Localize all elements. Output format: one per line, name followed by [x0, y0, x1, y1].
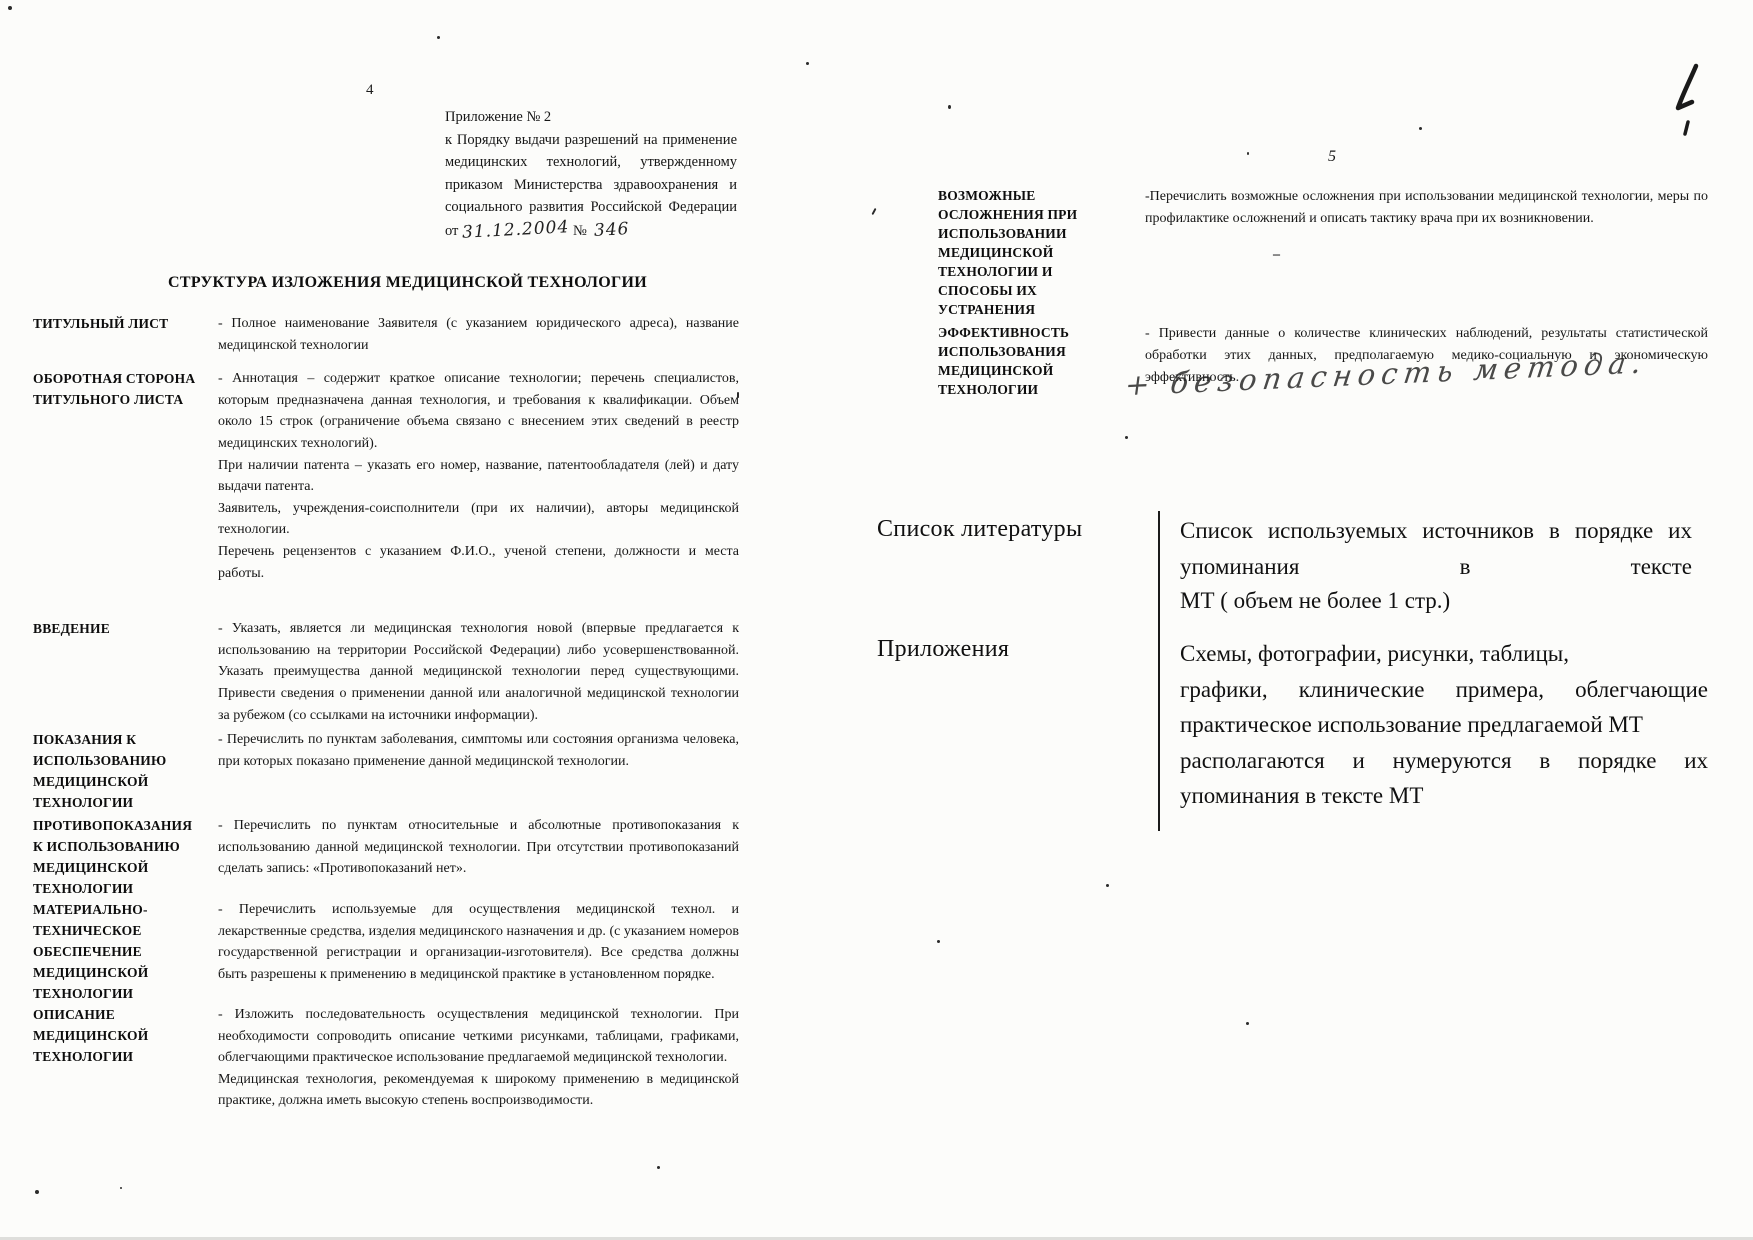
- number-sign: №: [573, 223, 587, 239]
- section-label: ПОКАЗАНИЯ К ИСПОЛЬЗОВАНИЮ МЕДИЦИНСКОЙ ТЕ…: [33, 729, 218, 813]
- appendices-label: Приложения: [877, 636, 1157, 663]
- scan-speck: [657, 1166, 660, 1169]
- appendices-text: Схемы, фотографии, рисунки, таблицы, гра…: [1180, 636, 1708, 814]
- section-label: ВОЗМОЖНЫЕ ОСЛОЖНЕНИЯ ПРИ ИСПОЛЬЗОВАНИИ М…: [938, 186, 1145, 319]
- references-label: Список литературы: [877, 516, 1157, 543]
- section-label: ТИТУЛЬНЫЙ ЛИСТ: [33, 313, 218, 334]
- scan-speck: [437, 36, 440, 39]
- handwritten-order-number: 346: [594, 218, 631, 242]
- dash-mark: –: [1273, 244, 1753, 266]
- section-label: ЭФФЕКТИВНОСТЬ ИСПОЛЬЗОВАНИЯ МЕДИЦИНСКОЙ …: [938, 323, 1145, 399]
- pen-mark-icon: [1652, 58, 1722, 148]
- section-text: - Указать, является ли медицинская техно…: [218, 618, 739, 726]
- section-label: ОПИСАНИЕ МЕДИЦИНСКОЙ ТЕХНОЛОГИИ: [33, 1004, 218, 1067]
- header-order-text: к Порядку выдачи разрешений на применени…: [445, 129, 737, 243]
- scan-speck: [1106, 884, 1109, 887]
- scan-speck: [948, 105, 951, 109]
- section-text: - Перечислить используемые для осуществл…: [218, 899, 739, 985]
- structure-table: ТИТУЛЬНЫЙ ЛИСТ - Полное наименование Зая…: [33, 313, 741, 1112]
- page-number-right: 5: [1328, 148, 1336, 166]
- scan-speck: [1247, 152, 1249, 155]
- scan-speck: [737, 392, 739, 398]
- section-text: - Изложить последовательность осуществле…: [218, 1004, 739, 1112]
- page-number-left: 4: [366, 82, 374, 99]
- section-label: ОБОРОТНАЯ СТОРОНА ТИТУЛЬНОГО ЛИСТА: [33, 368, 218, 410]
- section-row: ОБОРОТНАЯ СТОРОНА ТИТУЛЬНОГО ЛИСТА - Анн…: [33, 368, 741, 584]
- section-row: ВВЕДЕНИЕ - Указать, является ли медицинс…: [33, 618, 741, 726]
- scanned-document: { "page4": { "page_number": "4", "header…: [0, 0, 1753, 1240]
- references-text-last-line: МТ ( объем не более 1 стр.): [1180, 583, 1692, 619]
- scan-speck: [871, 208, 876, 215]
- section-row: ПРОТИВОПОКАЗАНИЯ К ИСПОЛЬЗОВАНИЮ МЕДИЦИН…: [33, 815, 741, 899]
- scan-speck: [1246, 1022, 1249, 1025]
- section-row: ВОЗМОЖНЫЕ ОСЛОЖНЕНИЯ ПРИ ИСПОЛЬЗОВАНИИ М…: [938, 186, 1710, 319]
- section-row: МАТЕРИАЛЬНО- ТЕХНИЧЕСКОЕ ОБЕСПЕЧЕНИЕ МЕД…: [33, 899, 741, 1004]
- section-text: - Перечислить по пунктам заболевания, си…: [218, 729, 739, 772]
- section-text: -Перечислить возможные осложнения при ис…: [1145, 186, 1708, 230]
- header-appendix-line: Приложение № 2: [445, 106, 737, 129]
- section-text: - Полное наименование Заявителя (с указа…: [218, 313, 739, 356]
- document-header: Приложение № 2 к Порядку выдачи разрешен…: [445, 106, 737, 243]
- section-row: ОПИСАНИЕ МЕДИЦИНСКОЙ ТЕХНОЛОГИИ - Изложи…: [33, 1004, 741, 1112]
- section-row: ПОКАЗАНИЯ К ИСПОЛЬЗОВАНИЮ МЕДИЦИНСКОЙ ТЕ…: [33, 729, 741, 813]
- scan-speck: [8, 6, 12, 10]
- document-title: СТРУКТУРА ИЗЛОЖЕНИЯ МЕДИЦИНСКОЙ ТЕХНОЛОГ…: [168, 274, 688, 292]
- scan-speck: [120, 1187, 122, 1189]
- scan-speck: [806, 62, 809, 65]
- scan-speck: [1419, 127, 1422, 130]
- section-text: - Перечислить по пунктам относительные и…: [218, 815, 739, 880]
- column-divider-line: [1158, 511, 1160, 831]
- scan-speck: [937, 940, 940, 943]
- section-text: - Аннотация – содержит краткое описание …: [218, 368, 739, 584]
- references-text: Список используемых источников в порядке…: [1180, 513, 1692, 584]
- scan-speck: [1125, 436, 1128, 439]
- scan-speck: [35, 1190, 39, 1194]
- section-label: МАТЕРИАЛЬНО- ТЕХНИЧЕСКОЕ ОБЕСПЕЧЕНИЕ МЕД…: [33, 899, 218, 1004]
- section-row: ТИТУЛЬНЫЙ ЛИСТ - Полное наименование Зая…: [33, 313, 741, 356]
- section-label: ПРОТИВОПОКАЗАНИЯ К ИСПОЛЬЗОВАНИЮ МЕДИЦИН…: [33, 815, 218, 899]
- section-label: ВВЕДЕНИЕ: [33, 618, 218, 639]
- handwritten-date: 31.12.2004: [462, 216, 570, 244]
